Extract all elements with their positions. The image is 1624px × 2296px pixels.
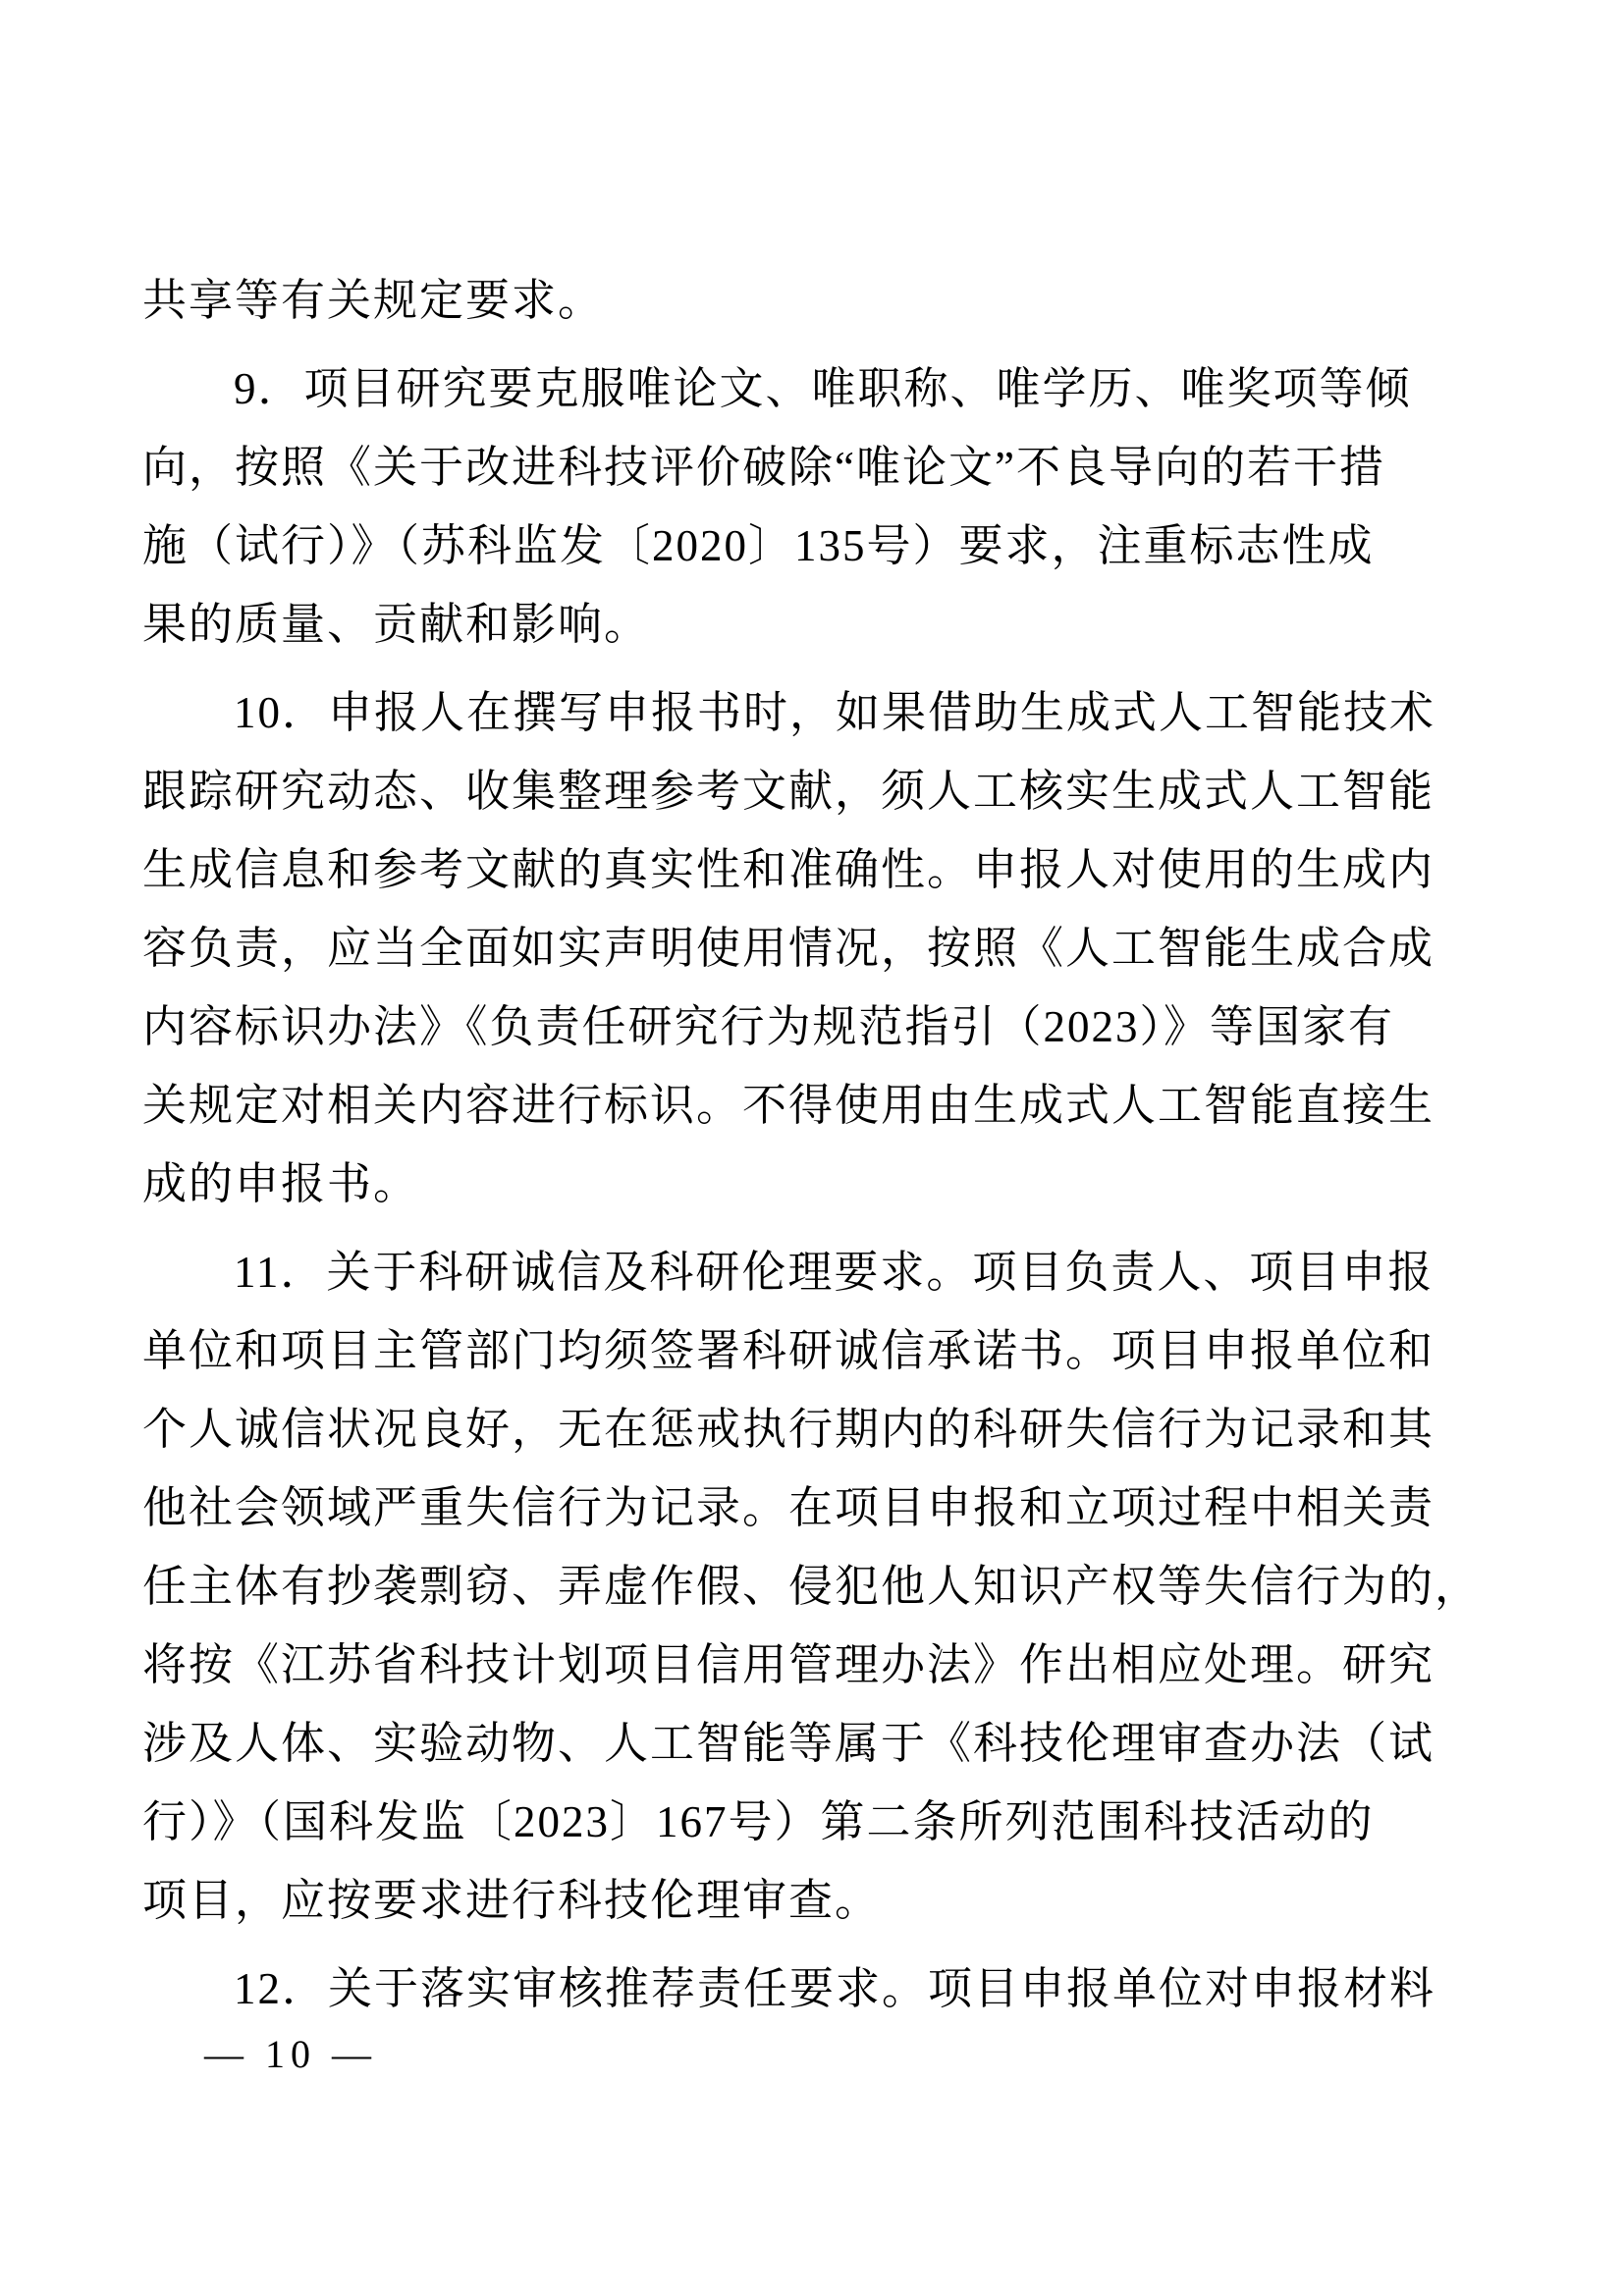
text-line: 内容标识办法》《负责任研究行为规范指引（2023）》等国家有 [142,988,1492,1066]
text-line: 涉及人体、实验动物、人工智能等属于《科技伦理审查办法（试 [142,1704,1492,1783]
text-line: 12．关于落实审核推荐责任要求。项目申报单位对申报材料 [142,1949,1492,2028]
document-body: 共享等有关规定要求。9．项目研究要克服唯论文、唯职称、唯学历、唯奖项等倾向，按照… [142,261,1492,2028]
text-line: 生成信息和参考文献的真实性和准确性。申报人对使用的生成内 [142,830,1492,909]
text-line: 项目，应按要求进行科技伦理审查。 [142,1861,1492,1940]
para-10: 10．申报人在撰写申报书时，如果借助生成式人工智能技术跟踪研究动态、收集整理参考… [142,673,1492,1223]
page-number: — 10 — [204,2030,377,2079]
text-line: 向，按照《关于改进科技评价破除“唯论文”不良导向的若干措 [142,428,1492,507]
para-9: 9．项目研究要克服唯论文、唯职称、唯学历、唯奖项等倾向，按照《关于改进科技评价破… [142,349,1492,664]
text-line: 11．关于科研诚信及科研伦理要求。项目负责人、项目申报 [142,1233,1492,1311]
text-line: 果的质量、贡献和影响。 [142,585,1492,664]
para-12: 12．关于落实审核推荐责任要求。项目申报单位对申报材料 [142,1949,1492,2028]
text-line: 个人诚信状况良好，无在惩戒执行期内的科研失信行为记录和其 [142,1390,1492,1468]
text-line: 施（试行）》（苏科监发〔2020〕135号）要求，注重标志性成 [142,507,1492,585]
text-line: 他社会领域严重失信行为记录。在项目申报和立项过程中相关责 [142,1468,1492,1547]
text-line: 跟踪研究动态、收集整理参考文献，须人工核实生成式人工智能 [142,752,1492,830]
text-line: 容负责，应当全面如实声明使用情况，按照《人工智能生成合成 [142,909,1492,988]
para-8-continuation: 共享等有关规定要求。 [142,261,1492,340]
text-line: 10．申报人在撰写申报书时，如果借助生成式人工智能技术 [142,673,1492,752]
text-line: 成的申报书。 [142,1145,1492,1223]
text-line: 关规定对相关内容进行标识。不得使用由生成式人工智能直接生 [142,1066,1492,1145]
text-line: 将按《江苏省科技计划项目信用管理办法》作出相应处理。研究 [142,1626,1492,1704]
document-page: 共享等有关规定要求。9．项目研究要克服唯论文、唯职称、唯学历、唯奖项等倾向，按照… [0,0,1624,2296]
text-line: 9．项目研究要克服唯论文、唯职称、唯学历、唯奖项等倾 [142,349,1492,428]
para-11: 11．关于科研诚信及科研伦理要求。项目负责人、项目申报单位和项目主管部门均须签署… [142,1233,1492,1940]
text-line: 单位和项目主管部门均须签署科研诚信承诺书。项目申报单位和 [142,1311,1492,1390]
text-line: 任主体有抄袭剽窃、弄虚作假、侵犯他人知识产权等失信行为的， [142,1547,1492,1626]
text-line: 行）》（国科发监〔2023〕167号）第二条所列范围科技活动的 [142,1783,1492,1861]
text-line: 共享等有关规定要求。 [142,261,1492,340]
